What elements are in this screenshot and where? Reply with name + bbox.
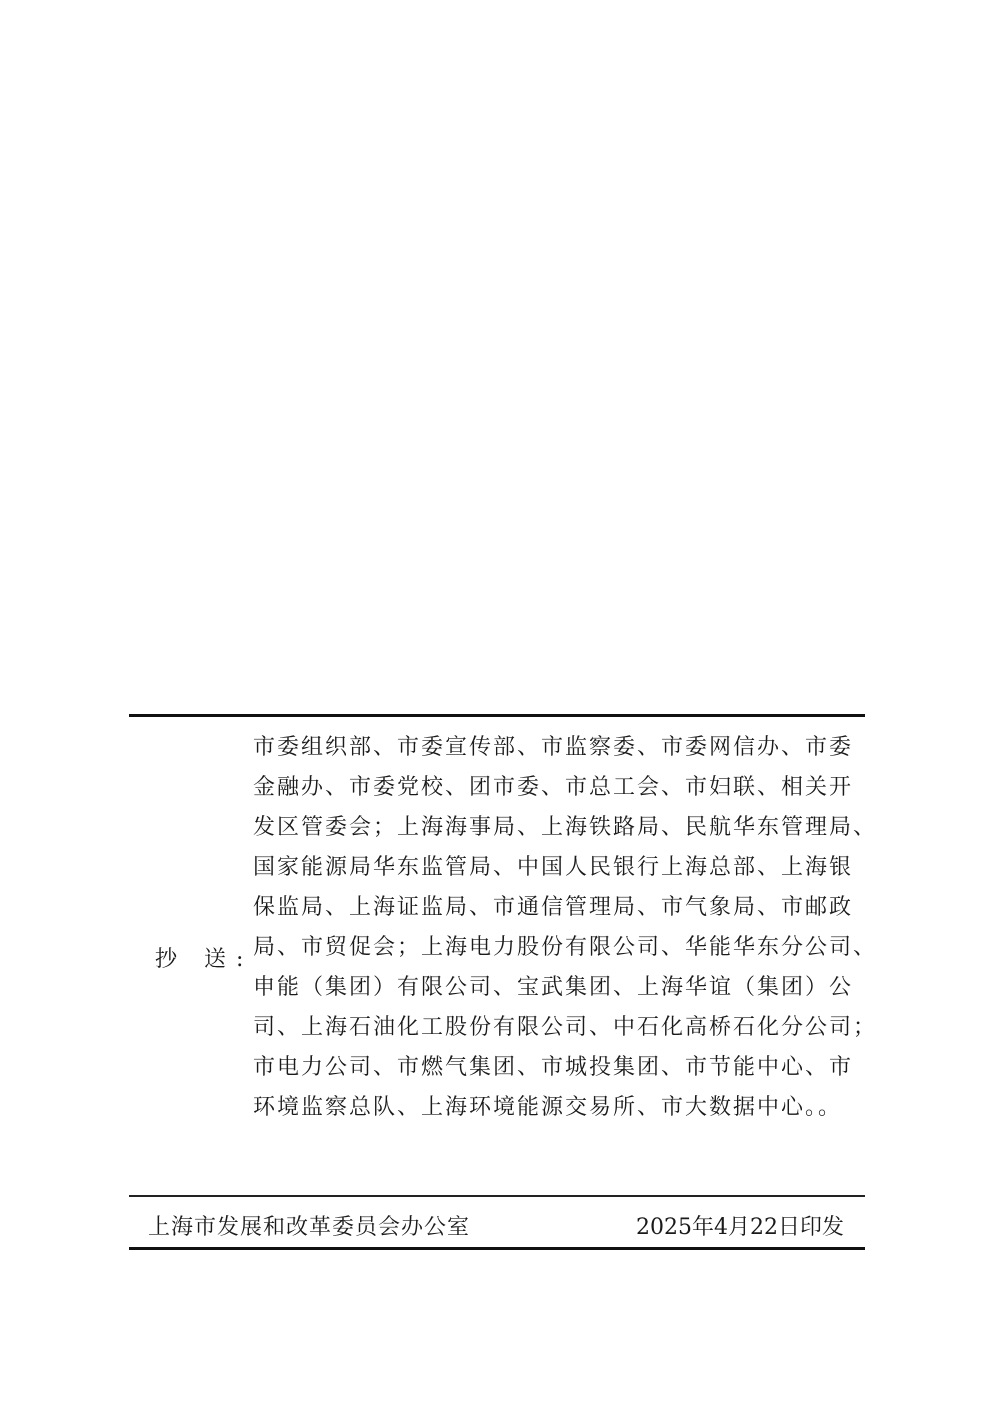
document-page: 抄 送: 市委组织部、市委宣传部、市监察委、市委网信办、市委 金融办、市委党校、… (0, 0, 1000, 1415)
cc-line: 局、市贸促会；上海电力股份有限公司、华能华东分公司、 (253, 931, 853, 971)
issuing-office: 上海市发展和改革委员会办公室 (148, 1210, 470, 1241)
middle-divider (129, 1195, 865, 1197)
cc-label: 抄 送: (155, 942, 253, 973)
cc-line: 申能（集团）有限公司、宝武集团、上海华谊（集团）公 (253, 971, 853, 1011)
cc-line: 保监局、上海证监局、市通信管理局、市气象局、市邮政 (253, 891, 853, 931)
issue-date: 2025年4月22日印发 (636, 1210, 844, 1241)
cc-line: 环境监察总队、上海环境能源交易所、市大数据中心。。 (253, 1091, 853, 1131)
cc-line: 市委组织部、市委宣传部、市监察委、市委网信办、市委 (253, 731, 853, 771)
bottom-divider (129, 1247, 865, 1250)
top-divider (129, 714, 865, 717)
cc-line: 金融办、市委党校、团市委、市总工会、市妇联、相关开 (253, 771, 853, 811)
cc-recipient-list: 市委组织部、市委宣传部、市监察委、市委网信办、市委 金融办、市委党校、团市委、市… (253, 731, 853, 1131)
cc-line: 发区管委会；上海海事局、上海铁路局、民航华东管理局、 (253, 811, 853, 851)
cc-line: 市电力公司、市燃气集团、市城投集团、市节能中心、市 (253, 1051, 853, 1091)
cc-line: 国家能源局华东监管局、中国人民银行上海总部、上海银 (253, 851, 853, 891)
cc-line: 司、上海石油化工股份有限公司、中石化高桥石化分公司； (253, 1011, 853, 1051)
